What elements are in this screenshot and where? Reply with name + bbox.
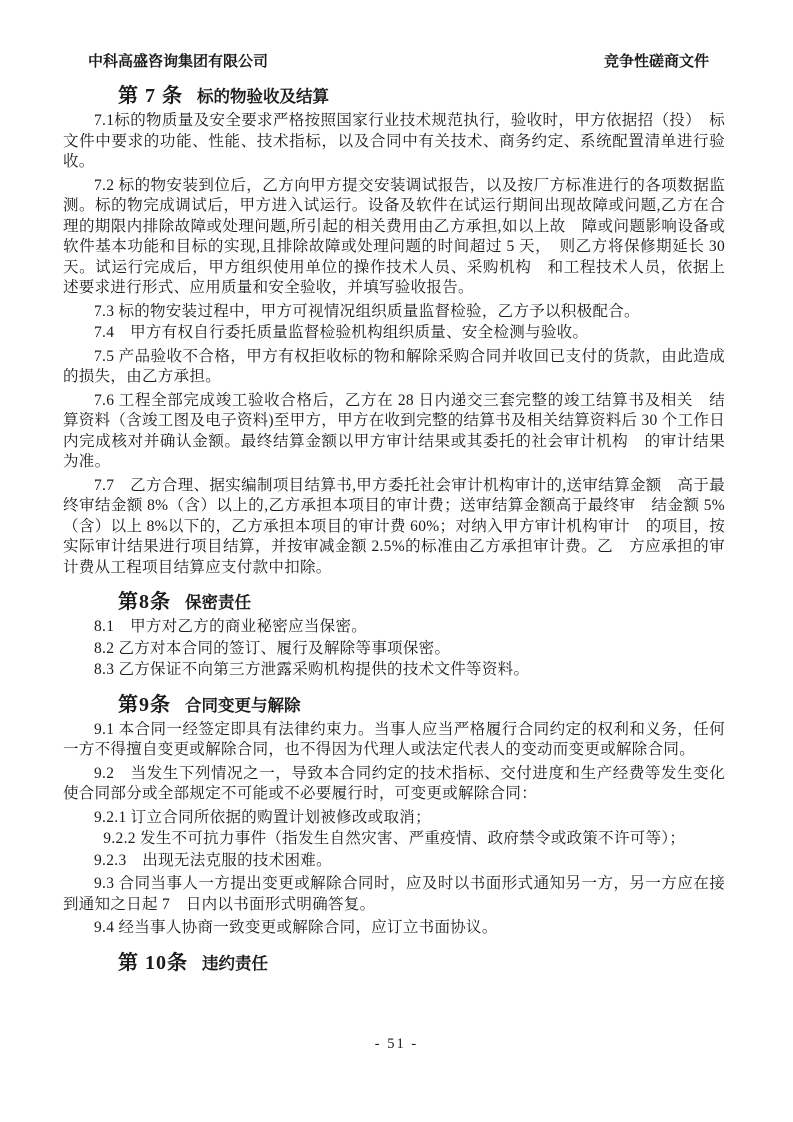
clause-7-5: 7.5 产品验收不合格，甲方有权拒收标的物和解除采购合同并收回已支付的货款，由此… — [63, 347, 725, 388]
clause-9-4: 9.4 经当事人协商一致变更或解除合同，应订立书面协议。 — [63, 918, 725, 939]
section-heading-10: 第 10条 违约责任 — [118, 946, 725, 975]
clause-9-2-2: 9.2.2 发生不可抗力事件（指发生自然灾害、严重疫情、政府禁令或政策不许可等）… — [63, 829, 725, 850]
clause-8-1: 8.1 甲方对乙方的商业秘密应当保密。 — [63, 617, 725, 638]
header-document-type: 竞争性磋商文件 — [604, 52, 709, 72]
section-heading-8: 第8条 保密责任 — [118, 585, 725, 614]
section-number: 第8条 — [118, 591, 171, 613]
document-page: 中科高盛咨询集团有限公司 竞争性磋商文件 第 7 条 标的物验收及结算 7.1标… — [0, 0, 793, 1122]
section-title: 合同变更与解除 — [185, 697, 301, 715]
clause-7-4: 7.4 甲方有权自行委托质量监督检验机构组织质量、安全检测与验收。 — [63, 323, 725, 344]
clause-7-7: 7.7 乙方合理、据实编制项目结算书,甲方委托社会审计机构审计的,送审结算金额 … — [63, 476, 725, 579]
section-heading-7: 第 7 条 标的物验收及结算 — [118, 79, 725, 108]
clause-7-1: 7.1标的物质量及安全要求严格按照国家行业技术规范执行，验收时，甲方依据招（投）… — [63, 111, 725, 173]
clause-9-3: 9.3 合同当事人一方提出变更或解除合同时，应及时以书面形式通知另一方，另一方应… — [63, 874, 725, 915]
clause-8-2: 8.2 乙方对本合同的签订、履行及解除等事项保密。 — [63, 639, 725, 660]
clause-7-3: 7.3 标的物安装过程中，甲方可视情况组织质量监督检验，乙方予以积极配合。 — [63, 302, 725, 323]
document-body: 第 7 条 标的物验收及结算 7.1标的物质量及安全要求严格按照国家行业技术规范… — [0, 79, 793, 975]
section-number: 第9条 — [118, 694, 171, 716]
clause-9-1: 9.1 本合同一经签定即具有法律约束力。当事人应当严格履行合同约定的权利和义务，… — [63, 720, 725, 761]
page-number: - 51 - — [0, 1036, 793, 1053]
section-heading-9: 第9条 合同变更与解除 — [118, 688, 725, 717]
page-header: 中科高盛咨询集团有限公司 竞争性磋商文件 — [0, 0, 793, 72]
clause-8-3: 8.3 乙方保证不向第三方泄露采购机构提供的技术文件等资料。 — [63, 660, 725, 681]
clause-9-2-1: 9.2.1 订立合同所依据的购置计划被修改或取消； — [63, 808, 725, 829]
clause-9-2-3: 9.2.3 出现无法克服的技术困难。 — [63, 851, 725, 872]
clause-7-6: 7.6 工程全部完成竣工验收合格后，乙方在 28 日内递交三套完整的竣工结算书及… — [63, 391, 725, 473]
clause-9-2: 9.2 当发生下列情况之一，导致本合同约定的技术指标、交付进度和生产经费等发生变… — [63, 764, 725, 805]
section-number: 第 10条 — [118, 952, 188, 974]
section-title: 保密责任 — [185, 594, 251, 612]
section-number: 第 7 条 — [118, 85, 183, 107]
clause-7-2: 7.2 标的物安装到位后，乙方向甲方提交安装调试报告，以及按厂方标准进行的各项数… — [63, 176, 725, 299]
header-company-name: 中科高盛咨询集团有限公司 — [88, 52, 268, 72]
section-title: 标的物验收及结算 — [197, 88, 329, 106]
section-title: 违约责任 — [202, 955, 268, 973]
